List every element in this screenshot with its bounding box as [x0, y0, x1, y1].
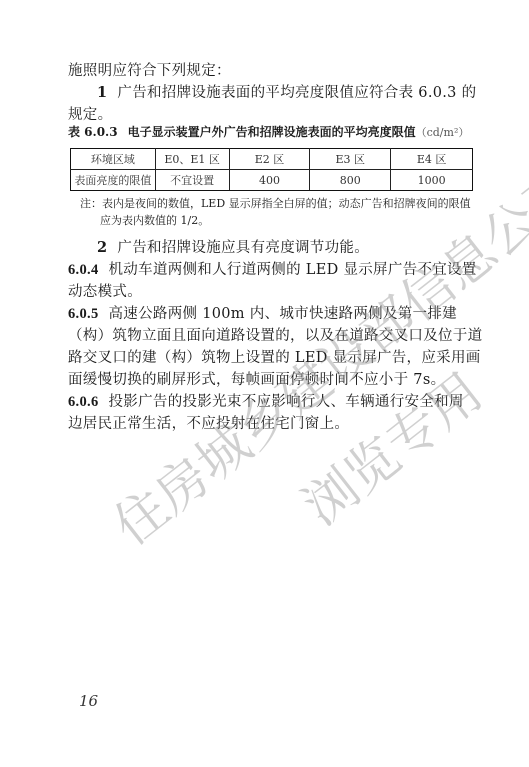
item-2-number: 2: [97, 239, 107, 256]
table-cell: 800: [310, 170, 391, 191]
table-header-cell: E2 区: [229, 149, 310, 170]
table-caption: 表 6.0.3电子显示装置户外广告和招牌设施表面的平均亮度限值（cd/m²）: [68, 123, 469, 142]
clause-6-0-4-number: 6.0.4: [68, 262, 99, 278]
table-note-line-2: 应为表内数值的 1/2。: [100, 212, 209, 229]
clause-6-0-6-text: 投影广告的投影光束不应影响行人、车辆通行安全和周: [109, 394, 464, 410]
table-number: 表 6.0.3: [68, 125, 118, 139]
intro-text: 施照明应符合下列规定：: [68, 60, 231, 82]
clause-6-0-4-line-1: 6.0.4机动车道两侧和人行道两侧的 LED 显示屏广告不宜设置: [68, 259, 477, 281]
table-unit: （cd/m²）: [416, 126, 470, 139]
table-cell: 不宜设置: [155, 170, 229, 191]
luminance-limit-table: 环境区域 E0、E1 区 E2 区 E3 区 E4 区 表面亮度的限值 不宜设置…: [70, 148, 473, 191]
item-1-text: 广告和招牌设施表面的平均亮度限值应符合表 6.0.3 的: [117, 85, 476, 101]
table-header-row: 环境区域 E0、E1 区 E2 区 E3 区 E4 区: [71, 149, 473, 170]
table-cell: 1000: [391, 170, 473, 191]
table-note-line-1: 注：表内是夜间的数值，LED 显示屏指全白屏的值；动态广告和招牌夜间的限值: [80, 195, 471, 212]
table-title: 电子显示装置户外广告和招牌设施表面的平均亮度限值: [128, 125, 416, 139]
table-row: 表面亮度的限值 不宜设置 400 800 1000: [71, 170, 473, 191]
clause-6-0-4-text: 机动车道两侧和人行道两侧的 LED 显示屏广告不宜设置: [109, 262, 477, 278]
clause-6-0-5-line-3: 路交叉口的建（构）筑物上设置的 LED 显示屏广告，应采用画: [68, 347, 481, 369]
table-header-cell: E0、E1 区: [155, 149, 229, 170]
clause-6-0-5-line-4: 面缓慢切换的刷屏形式，每帧画面停顿时间不应小于 7s。: [68, 369, 445, 391]
item-1-line-1: 1广告和招牌设施表面的平均亮度限值应符合表 6.0.3 的: [97, 82, 476, 104]
clause-6-0-5-text: 高速公路两侧 100m 内、城市快速路两侧及第一排建: [109, 306, 457, 322]
table-cell: 表面亮度的限值: [71, 170, 156, 191]
clause-6-0-6-number: 6.0.6: [68, 394, 99, 410]
item-1-number: 1: [97, 84, 107, 101]
clause-6-0-6-line-1: 6.0.6投影广告的投影光束不应影响行人、车辆通行安全和周: [68, 391, 464, 413]
document-page: 施照明应符合下列规定： 1广告和招牌设施表面的平均亮度限值应符合表 6.0.3 …: [0, 0, 529, 767]
clause-6-0-5-line-2: （构）筑物立面且面向道路设置的，以及在道路交叉口及位于道: [68, 325, 482, 347]
clause-6-0-4-line-2: 动态模式。: [68, 281, 142, 303]
table-header-cell: E4 区: [391, 149, 473, 170]
item-2-text: 广告和招牌设施应具有亮度调节功能。: [117, 240, 369, 256]
page-number: 16: [79, 692, 98, 710]
clause-6-0-6-line-2: 边居民正常生活，不应投射在住宅门窗上。: [68, 413, 349, 435]
item-2: 2广告和招牌设施应具有亮度调节功能。: [97, 237, 369, 259]
clause-6-0-5-number: 6.0.5: [68, 306, 99, 322]
table-header-cell: 环境区域: [71, 149, 156, 170]
table-cell: 400: [229, 170, 310, 191]
table-header-cell: E3 区: [310, 149, 391, 170]
clause-6-0-5-line-1: 6.0.5高速公路两侧 100m 内、城市快速路两侧及第一排建: [68, 303, 457, 325]
